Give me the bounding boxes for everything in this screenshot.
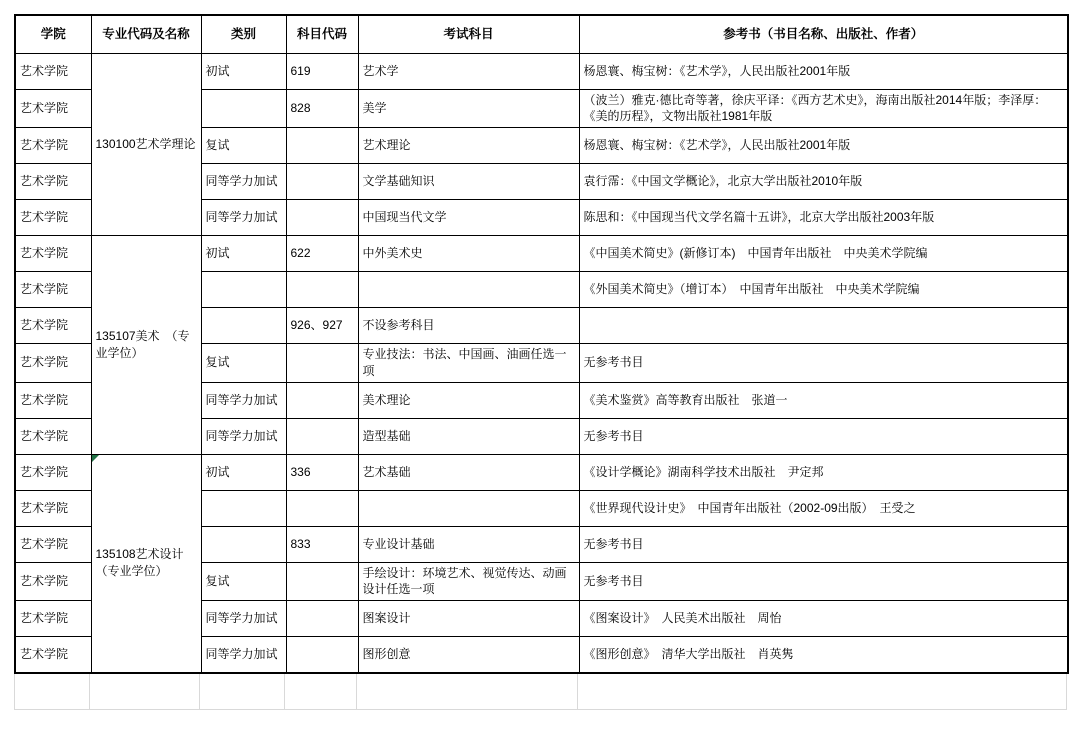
category-cell: 同等学力加试	[201, 637, 286, 673]
empty-cell	[578, 674, 1067, 709]
subject-code-cell	[286, 164, 358, 200]
subject-code-cell: 833	[286, 526, 358, 562]
college-cell: 艺术学院	[15, 272, 91, 308]
program-cell: 135107美术 （专业学位）	[91, 236, 201, 455]
subject-code-cell	[286, 637, 358, 673]
reference-cell: 《美术鉴赏》高等教育出版社 张道一	[579, 382, 1068, 418]
category-cell: 同等学力加试	[201, 601, 286, 637]
header-cell-program: 专业代码及名称	[91, 15, 201, 53]
reference-cell: 《世界现代设计史》 中国青年出版社（2002-09出版） 王受之	[579, 490, 1068, 526]
category-cell	[201, 490, 286, 526]
exam-subject-cell: 中国现当代文学	[358, 200, 579, 236]
subject-code-cell	[286, 272, 358, 308]
college-cell: 艺术学院	[15, 200, 91, 236]
college-cell: 艺术学院	[15, 526, 91, 562]
program-label: 135107美术 （专业学位）	[96, 329, 190, 360]
subject-code-cell	[286, 562, 358, 601]
table-row: 艺术学院130100艺术学理论初试619艺术学杨恩寰、梅宝树：《艺术学》，人民出…	[15, 53, 1068, 89]
college-cell: 艺术学院	[15, 89, 91, 128]
college-cell: 艺术学院	[15, 562, 91, 601]
empty-cell	[200, 674, 285, 709]
exam-subject-cell: 图形创意	[358, 637, 579, 673]
table-row: 艺术学院135108艺术设计（专业学位）初试336艺术基础《设计学概论》湖南科学…	[15, 454, 1068, 490]
category-cell	[201, 526, 286, 562]
program-label: 130100艺术学理论	[96, 137, 196, 151]
empty-cell	[357, 674, 578, 709]
category-cell: 同等学力加试	[201, 418, 286, 454]
exam-subject-cell: 文学基础知识	[358, 164, 579, 200]
empty-grid-row	[14, 674, 1067, 710]
reference-cell: 袁行霈：《中国文学概论》，北京大学出版社2010年版	[579, 164, 1068, 200]
reference-cell: 《中国美术简史》(新修订本) 中国青年出版社 中央美术学院编	[579, 236, 1068, 272]
subject-code-cell	[286, 418, 358, 454]
college-cell: 艺术学院	[15, 637, 91, 673]
subject-code-cell: 926、927	[286, 308, 358, 344]
college-cell: 艺术学院	[15, 344, 91, 383]
category-cell: 初试	[201, 454, 286, 490]
category-cell: 同等学力加试	[201, 382, 286, 418]
subject-code-cell: 828	[286, 89, 358, 128]
reference-cell: 无参考书目	[579, 418, 1068, 454]
program-label: 135108艺术设计（专业学位）	[96, 547, 184, 578]
reference-cell: 无参考书目	[579, 526, 1068, 562]
exam-subject-cell: 不设参考科目	[358, 308, 579, 344]
reference-cell	[579, 308, 1068, 344]
reference-cell: 《图形创意》 清华大学出版社 肖英隽	[579, 637, 1068, 673]
header-cell-college: 学院	[15, 15, 91, 53]
college-cell: 艺术学院	[15, 164, 91, 200]
subject-code-cell: 619	[286, 53, 358, 89]
college-cell: 艺术学院	[15, 490, 91, 526]
exam-subject-cell: 图案设计	[358, 601, 579, 637]
college-cell: 艺术学院	[15, 236, 91, 272]
category-cell: 同等学力加试	[201, 164, 286, 200]
category-cell	[201, 272, 286, 308]
college-cell: 艺术学院	[15, 454, 91, 490]
header-cell-category: 类别	[201, 15, 286, 53]
table-body: 艺术学院130100艺术学理论初试619艺术学杨恩寰、梅宝树：《艺术学》，人民出…	[15, 53, 1068, 673]
exam-subject-cell: 手绘设计：环境艺术、视觉传达、动画设计任选一项	[358, 562, 579, 601]
subject-code-cell: 622	[286, 236, 358, 272]
subject-code-cell	[286, 128, 358, 164]
program-cell: 130100艺术学理论	[91, 53, 201, 236]
category-cell: 复试	[201, 128, 286, 164]
exam-subject-cell: 美学	[358, 89, 579, 128]
college-cell: 艺术学院	[15, 53, 91, 89]
exam-subject-cell: 美术理论	[358, 382, 579, 418]
subject-code-cell	[286, 344, 358, 383]
category-cell: 复试	[201, 562, 286, 601]
header-cell-exam-subject: 考试科目	[358, 15, 579, 53]
category-cell	[201, 308, 286, 344]
exam-subject-cell: 专业技法：书法、中国画、油画任选一项	[358, 344, 579, 383]
reference-cell: 《设计学概论》湖南科学技术出版社 尹定邦	[579, 454, 1068, 490]
exam-subject-cell: 造型基础	[358, 418, 579, 454]
reference-cell: 陈思和：《中国现当代文学名篇十五讲》，北京大学出版社2003年版	[579, 200, 1068, 236]
document-page: 学院 专业代码及名称 类别 科目代码 考试科目 参考书（书目名称、出版社、作者）…	[0, 0, 1081, 735]
category-cell: 初试	[201, 236, 286, 272]
college-cell: 艺术学院	[15, 308, 91, 344]
college-cell: 艺术学院	[15, 418, 91, 454]
reference-cell: 杨恩寰、梅宝树：《艺术学》，人民出版社2001年版	[579, 128, 1068, 164]
category-cell: 同等学力加试	[201, 200, 286, 236]
empty-cell	[285, 674, 357, 709]
exam-subject-cell	[358, 490, 579, 526]
reference-cell: 无参考书目	[579, 562, 1068, 601]
reference-cell: 《图案设计》 人民美术出版社 周怡	[579, 601, 1068, 637]
empty-cell	[90, 674, 200, 709]
category-cell: 复试	[201, 344, 286, 383]
reference-cell: 无参考书目	[579, 344, 1068, 383]
exam-subject-cell	[358, 272, 579, 308]
exam-subject-cell: 艺术学	[358, 53, 579, 89]
subject-code-cell	[286, 200, 358, 236]
exam-subject-cell: 艺术基础	[358, 454, 579, 490]
college-cell: 艺术学院	[15, 128, 91, 164]
program-cell: 135108艺术设计（专业学位）	[91, 454, 201, 673]
exam-subject-cell: 中外美术史	[358, 236, 579, 272]
exam-subject-cell: 专业设计基础	[358, 526, 579, 562]
header-cell-subject-code: 科目代码	[286, 15, 358, 53]
subject-code-cell	[286, 382, 358, 418]
header-row: 学院 专业代码及名称 类别 科目代码 考试科目 参考书（书目名称、出版社、作者）	[15, 15, 1068, 53]
empty-cell	[14, 674, 90, 709]
subject-code-cell	[286, 490, 358, 526]
category-cell: 初试	[201, 53, 286, 89]
college-cell: 艺术学院	[15, 382, 91, 418]
category-cell	[201, 89, 286, 128]
table-row: 艺术学院135107美术 （专业学位）初试622中外美术史《中国美术简史》(新修…	[15, 236, 1068, 272]
subject-code-cell	[286, 601, 358, 637]
exam-subject-cell: 艺术理论	[358, 128, 579, 164]
green-corner-marker-icon	[92, 455, 99, 462]
college-cell: 艺术学院	[15, 601, 91, 637]
exam-reference-table: 学院 专业代码及名称 类别 科目代码 考试科目 参考书（书目名称、出版社、作者）…	[14, 14, 1069, 674]
reference-cell: 杨恩寰、梅宝树：《艺术学》，人民出版社2001年版	[579, 53, 1068, 89]
subject-code-cell: 336	[286, 454, 358, 490]
reference-cell: （波兰）雅克·德比奇等著，徐庆平译：《西方艺术史》，海南出版社2014年版；李泽…	[579, 89, 1068, 128]
reference-cell: 《外国美术简史》（增订本） 中国青年出版社 中央美术学院编	[579, 272, 1068, 308]
header-cell-reference-books: 参考书（书目名称、出版社、作者）	[579, 15, 1068, 53]
